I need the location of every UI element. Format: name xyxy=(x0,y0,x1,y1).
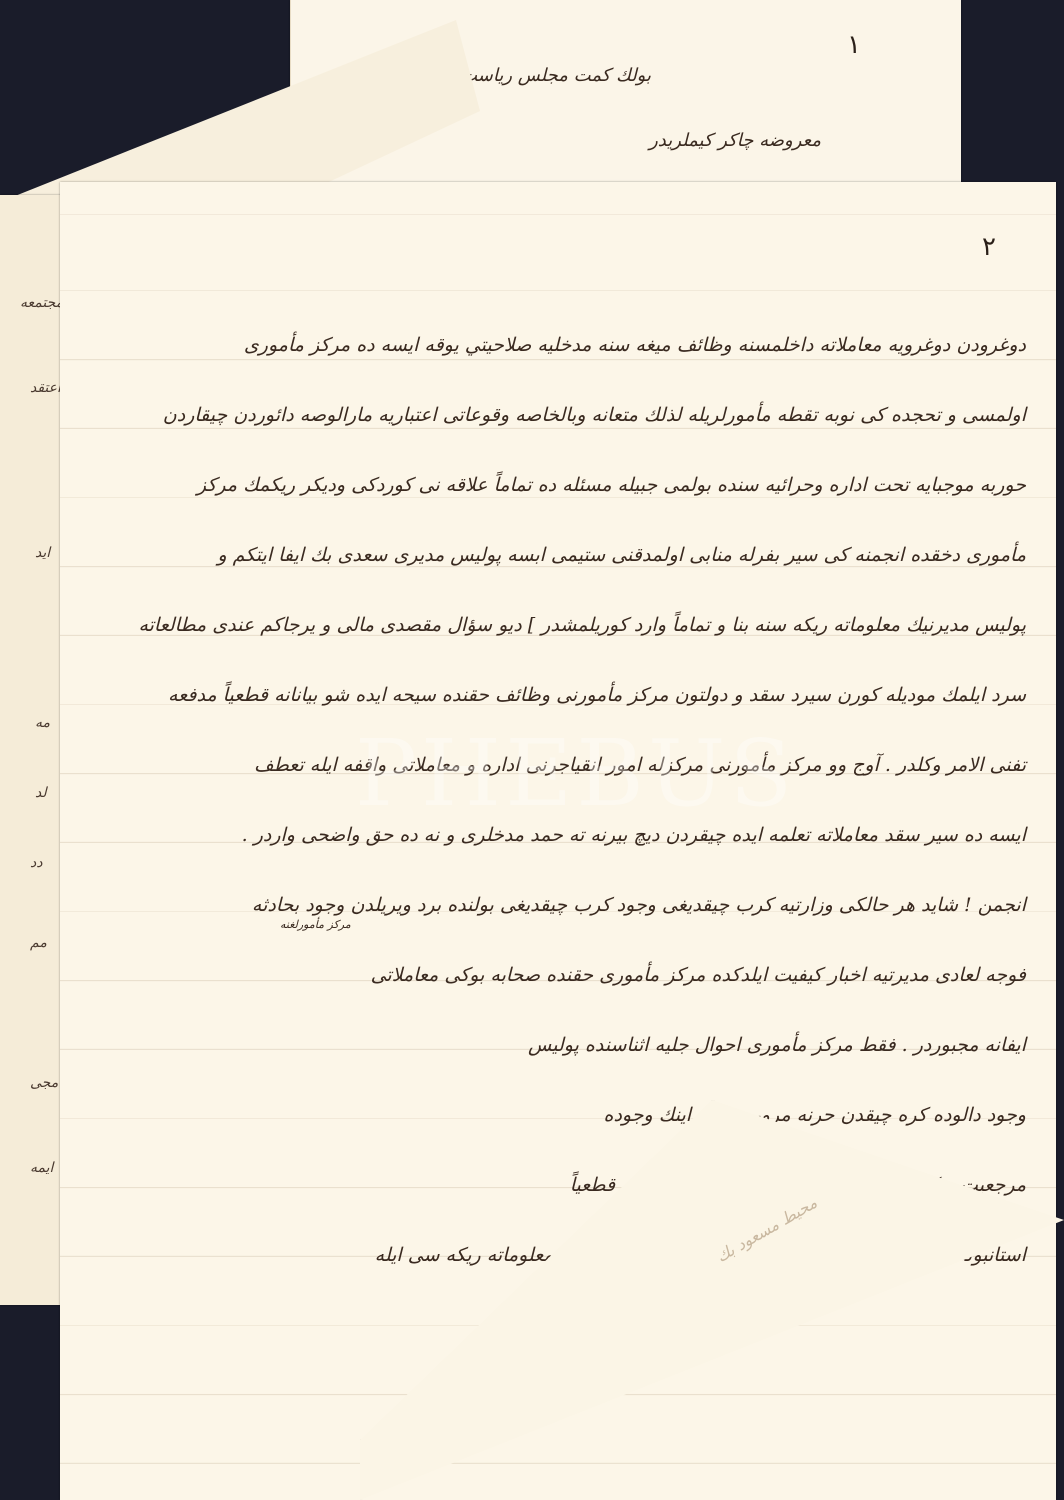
strip-mark: مجتمعه xyxy=(20,295,63,311)
back-page-header-line-2: معروضه چاكر كيملريدر xyxy=(649,130,821,151)
watermark: PHEBUS xyxy=(355,720,796,827)
faint-text: محيط مسعود بك xyxy=(713,1193,820,1266)
margin-note: مركز مأمورلغنه xyxy=(280,918,351,931)
text-line: ايسه ده سير سقد معاملاته تعلمه ايده چيقر… xyxy=(242,824,1026,846)
strip-mark: ايمه xyxy=(30,1160,53,1176)
strip-mark: دد xyxy=(30,855,42,871)
back-page-number: ١ xyxy=(847,30,861,60)
text-line: اولمسى و تحجده كى نوبه تقطه مأمورلريله ل… xyxy=(163,404,1026,426)
strip-mark: لد xyxy=(35,785,47,801)
text-line: دوغرودن دوغرويه معاملاته داخلمسنه وظائف … xyxy=(244,334,1026,356)
text-line: سرد ايلمك موديله كورن سيرد سقد و دولتون … xyxy=(168,684,1026,706)
text-line: مأمورى دخقده انجمنه كى سير بفرله منابى ا… xyxy=(217,544,1026,566)
text-line: حوربه موجبايه تحت اداره وحرائيه سنده بول… xyxy=(197,474,1026,496)
strip-mark: ايد xyxy=(35,545,50,561)
text-line: انجمن ! شايد هر حالكى وزارتيه كرب چيقديغ… xyxy=(252,894,1026,916)
text-line: ايفانه مجبوردر . فقط مركز مأمورى احوال ج… xyxy=(528,1034,1026,1056)
strip-mark: مجى xyxy=(30,1075,58,1091)
main-page-number: ٢ xyxy=(982,232,996,262)
strip-mark: مم xyxy=(30,935,47,951)
strip-mark: مه xyxy=(35,715,50,731)
text-line: وجود دالوده كره چيقدن حرنه مرورى واقع اي… xyxy=(604,1104,1026,1126)
text-line: پوليس مديرنيك معلوماته ريكه سنه بنا و تم… xyxy=(138,614,1026,636)
text-line: فوجه لعادى مديرتيه اخبار كيفيت ايلدكده م… xyxy=(371,964,1026,986)
strip-mark: اعتقد xyxy=(30,380,61,396)
